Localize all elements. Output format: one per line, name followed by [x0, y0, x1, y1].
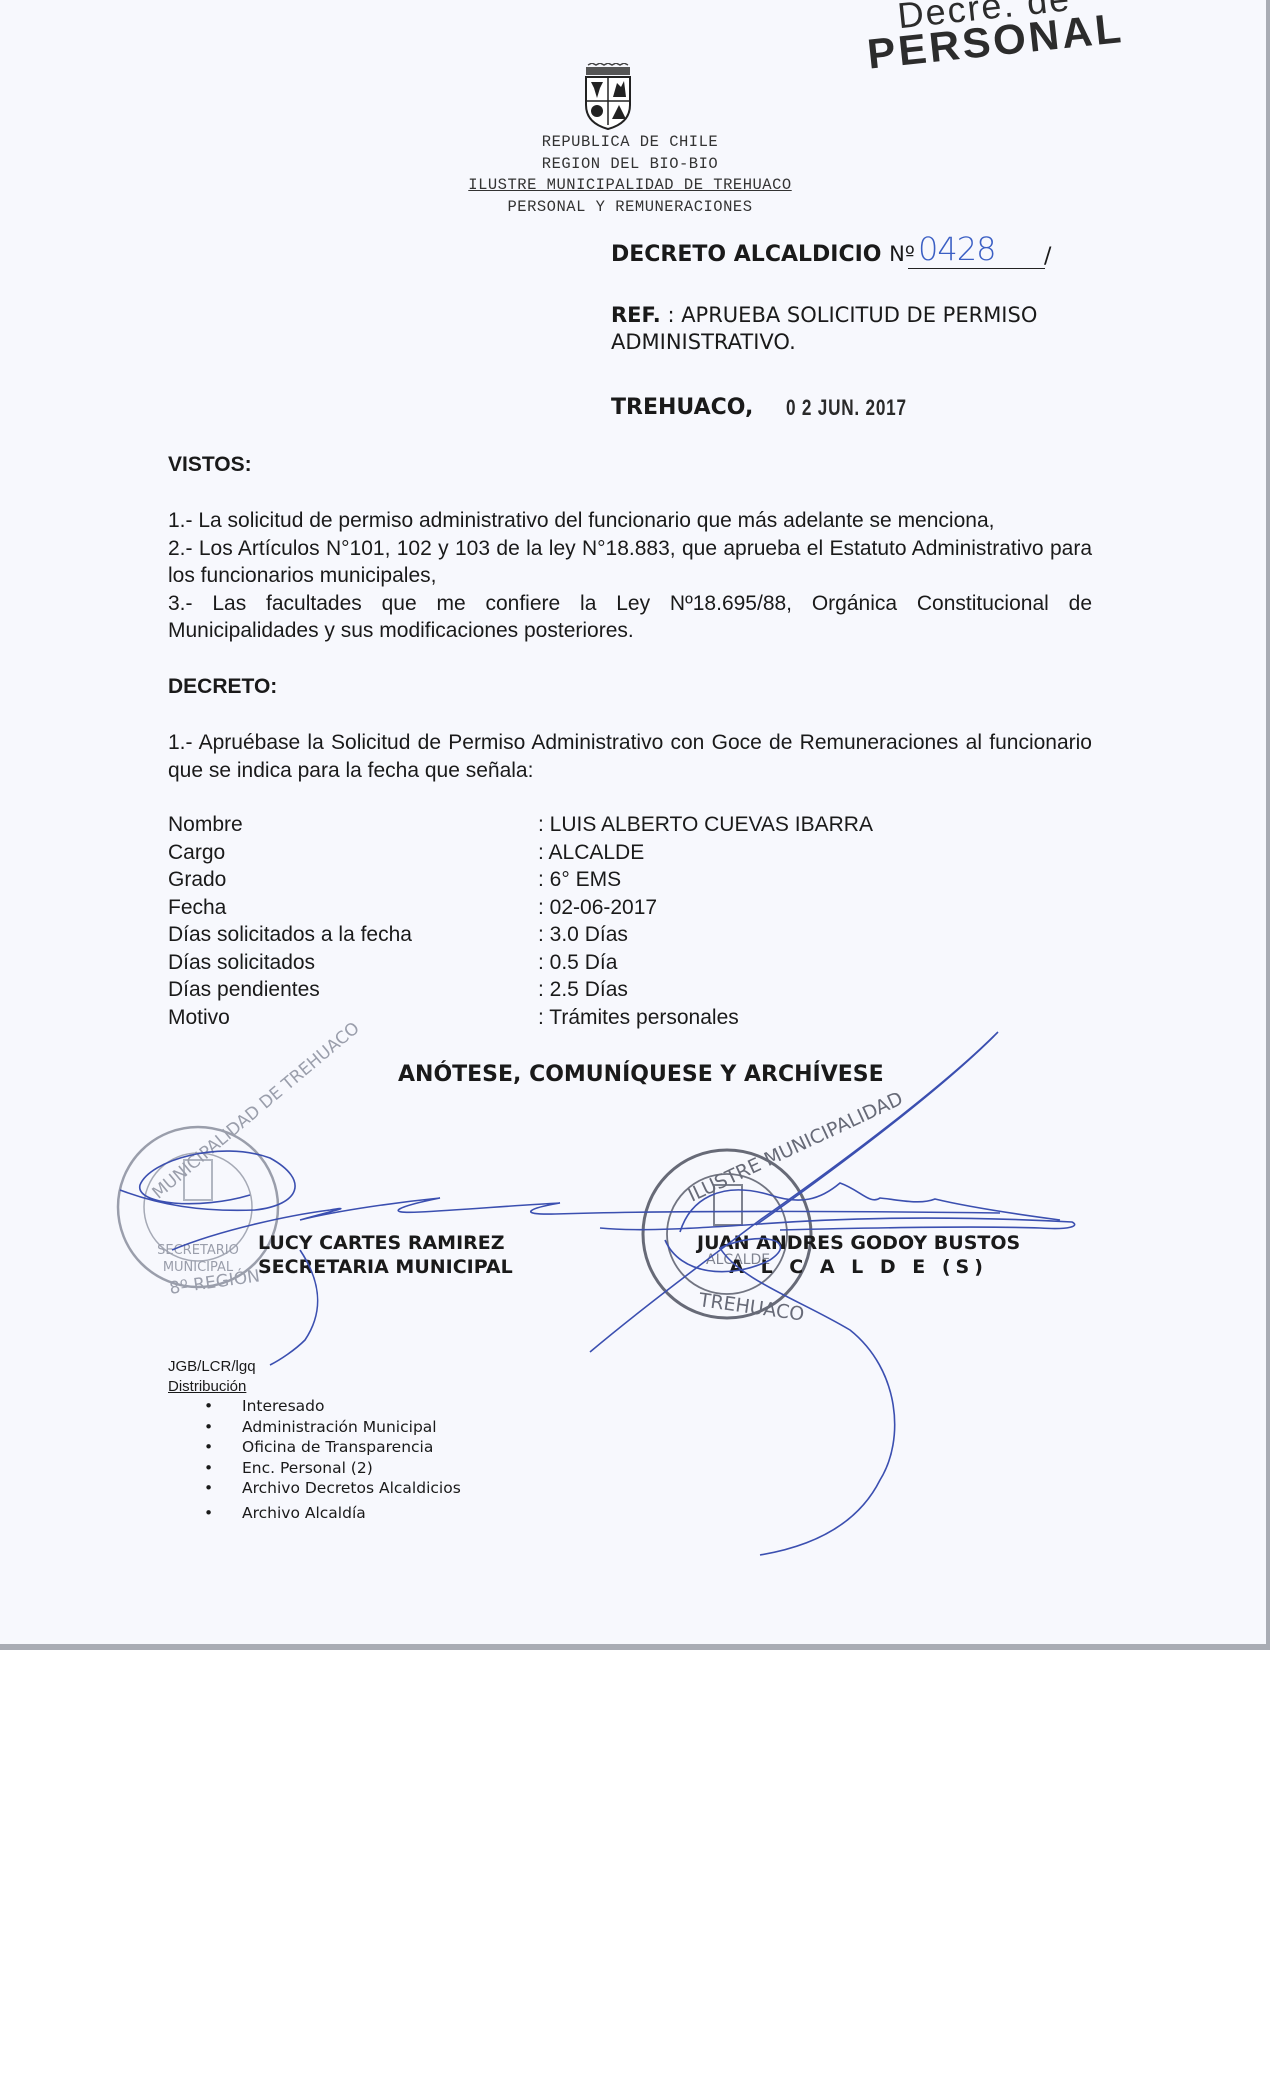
detail-row: Grado: 6° EMS	[168, 866, 873, 894]
mayor-name: JUAN ANDRES GODOY BUSTOS	[697, 1231, 1020, 1255]
personal-stamp: Decre. de PERSONAL	[862, 0, 1126, 76]
reference-label: REF.	[611, 303, 661, 327]
secretary-signature-block: LUCY CARTES RAMIREZ SECRETARIA MUNICIPAL	[258, 1231, 513, 1279]
svg-text:SECRETARIO: SECRETARIO	[157, 1243, 239, 1258]
detail-value: : 6° EMS	[538, 866, 621, 894]
municipal-crest-icon	[580, 63, 636, 131]
detail-value: : ALCALDE	[538, 839, 644, 867]
detail-row: Motivo: Trámites personales	[168, 1004, 873, 1032]
date-stamp: 0 2 JUN. 2017	[786, 395, 907, 421]
distribution-heading: Distribución	[168, 1378, 246, 1395]
reference: REF. : APRUEBA SOLICITUD DE PERMISO ADMI…	[611, 302, 1111, 356]
detail-row: Cargo: ALCALDE	[168, 839, 873, 867]
svg-text:8º REGIÓN: 8º REGIÓN	[168, 1264, 261, 1298]
mayor-role: A L C A L D E (S)	[697, 1255, 1020, 1279]
detail-value: : LUIS ALBERTO CUEVAS IBARRA	[538, 811, 873, 839]
svg-text:MUNICIPAL: MUNICIPAL	[163, 1260, 234, 1275]
detail-label: Días pendientes	[168, 976, 538, 1004]
mayor-signature-stroke-icon	[590, 1032, 1075, 1555]
place: TREHUACO,	[611, 395, 753, 420]
detail-label: Motivo	[168, 1004, 538, 1032]
decree-number-handwritten: 0428	[918, 230, 995, 268]
decree-title: DECRETO ALCALDICIO Nº	[611, 242, 915, 267]
svg-text:TREHUACO: TREHUACO	[697, 1289, 806, 1326]
detail-row: Días pendientes: 2.5 Días	[168, 976, 873, 1004]
detail-label: Cargo	[168, 839, 538, 867]
detail-row: Días solicitados a la fecha: 3.0 Días	[168, 921, 873, 949]
decreto-paragraph-text: 1.- Apruébase la Solicitud de Permiso Ad…	[168, 729, 1092, 784]
detail-label: Días solicitados	[168, 949, 538, 977]
letterhead-department: PERSONAL Y REMUNERACIONES	[400, 197, 860, 219]
drafting-initials: JGB/LCR/lgq	[168, 1358, 256, 1375]
distribution-item: Enc. Personal (2)	[204, 1458, 461, 1479]
distribution-item: Interesado	[204, 1396, 461, 1417]
decreto-heading: DECRETO:	[168, 675, 277, 699]
decree-number-underline	[908, 268, 1045, 269]
letterhead: REPUBLICA DE CHILE REGION DEL BIO-BIO IL…	[400, 132, 860, 218]
detail-label: Grado	[168, 866, 538, 894]
letterhead-municipality: ILUSTRE MUNICIPALIDAD DE TREHUACO	[400, 175, 860, 197]
detail-value: : 2.5 Días	[538, 976, 628, 1004]
detail-value: : Trámites personales	[538, 1004, 739, 1032]
detail-label: Días solicitados a la fecha	[168, 921, 538, 949]
detail-value: : 02-06-2017	[538, 894, 657, 922]
mayor-seal-icon: ILUSTRE MUNICIPALIDAD TREHUACO ALCALDE	[643, 1088, 906, 1326]
vistos-item: 1.- La solicitud de permiso administrati…	[168, 507, 1092, 535]
vistos-item: 2.- Los Artículos N°101, 102 y 103 de la…	[168, 535, 1092, 590]
letterhead-country: REPUBLICA DE CHILE	[400, 132, 860, 154]
vistos-heading: VISTOS:	[168, 453, 252, 477]
detail-row: Días solicitados: 0.5 Día	[168, 949, 873, 977]
detail-value: : 0.5 Día	[538, 949, 617, 977]
detail-value: : 3.0 Días	[538, 921, 628, 949]
secretary-role: SECRETARIA MUNICIPAL	[258, 1255, 513, 1279]
detail-row: Nombre: LUIS ALBERTO CUEVAS IBARRA	[168, 811, 873, 839]
scanned-document-page: Decre. de PERSONAL REPUBLICA DE CHILE RE…	[0, 0, 1270, 1650]
vistos-list: 1.- La solicitud de permiso administrati…	[168, 507, 1092, 645]
svg-text:MUNICIPALIDAD DE TREHUACO: MUNICIPALIDAD DE TREHUACO	[149, 1018, 364, 1203]
decree-number-symbol: Nº	[889, 242, 915, 266]
employee-details: Nombre: LUIS ALBERTO CUEVAS IBARRA Cargo…	[168, 811, 873, 1031]
reference-text: : APRUEBA SOLICITUD DE PERMISO ADMINISTR…	[611, 303, 1037, 354]
decreto-paragraph: 1.- Apruébase la Solicitud de Permiso Ad…	[168, 729, 1092, 784]
distribution-item: Oficina de Transparencia	[204, 1437, 461, 1458]
secretary-name: LUCY CARTES RAMIREZ	[258, 1231, 513, 1255]
detail-label: Nombre	[168, 811, 538, 839]
detail-label: Fecha	[168, 894, 538, 922]
svg-text:ILUSTRE MUNICIPALIDAD: ILUSTRE MUNICIPALIDAD	[685, 1088, 907, 1207]
distribution-item: Archivo Decretos Alcaldicios	[204, 1478, 461, 1499]
detail-row: Fecha: 02-06-2017	[168, 894, 873, 922]
distribution-list: Interesado Administración Municipal Ofic…	[204, 1396, 461, 1523]
decree-title-text: DECRETO ALCALDICIO	[611, 242, 882, 267]
letterhead-region: REGION DEL BIO-BIO	[400, 154, 860, 176]
distribution-item: Archivo Alcaldía	[204, 1503, 461, 1524]
vistos-item: 3.- Las facultades que me confiere la Le…	[168, 590, 1092, 645]
mayor-signature-block: JUAN ANDRES GODOY BUSTOS A L C A L D E (…	[697, 1231, 1020, 1279]
distribution-item: Administración Municipal	[204, 1417, 461, 1438]
decree-slash: /	[1044, 244, 1051, 269]
closing-formula: ANÓTESE, COMUNÍQUESE Y ARCHÍVESE	[398, 1062, 884, 1087]
